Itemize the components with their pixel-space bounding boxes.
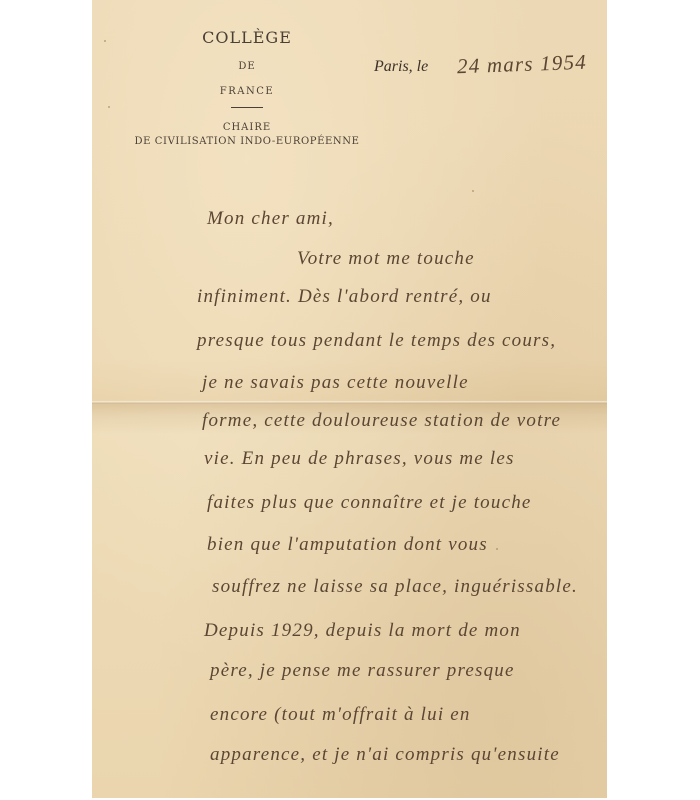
letter-line: bien que l'amputation dont vous	[207, 534, 488, 556]
letter-line: vie. En peu de phrases, vous me les	[204, 448, 515, 470]
letterhead-chaire: CHAIRE	[132, 122, 362, 133]
letter-paper: COLLÈGE DE FRANCE CHAIRE DE CIVILISATION…	[92, 0, 607, 798]
letter-line: Depuis 1929, depuis la mort de mon	[204, 620, 521, 642]
letter-line: apparence, et je n'ai compris qu'ensuite	[210, 744, 560, 766]
letterhead-department: DE CIVILISATION INDO-EUROPÉENNE	[132, 136, 362, 147]
paper-speck	[472, 190, 474, 192]
letter-line: faites plus que connaître et je touche	[207, 492, 532, 514]
paper-speck	[104, 40, 106, 42]
letter-line: Votre mot me touche	[297, 248, 475, 270]
letter-line: infiniment. Dès l'abord rentré, ou	[197, 286, 492, 308]
letter-line: père, je pense me rassurer presque	[210, 660, 515, 682]
letterhead-divider	[231, 107, 263, 108]
letter-line: forme, cette douloureuse station de votr…	[202, 410, 561, 432]
paper-speck	[108, 106, 110, 108]
letterhead-de: DE	[132, 61, 362, 72]
letter-line: presque tous pendant le temps des cours,	[197, 330, 556, 352]
letter-line: souffrez ne laisse sa place, inguérissab…	[212, 576, 578, 598]
letterhead-college: COLLÈGE	[132, 28, 362, 47]
dateline-handwritten: 24 mars 1954	[457, 50, 588, 80]
letter-line: je ne savais pas cette nouvelle	[202, 372, 469, 394]
letter-line: encore (tout m'offrait à lui en	[210, 704, 471, 726]
letterhead-france: FRANCE	[132, 86, 362, 97]
letterhead: COLLÈGE DE FRANCE CHAIRE DE CIVILISATION…	[132, 28, 362, 147]
salutation: Mon cher ami,	[207, 208, 334, 230]
paper-speck	[496, 548, 498, 550]
dateline-printed: Paris, le	[374, 58, 428, 76]
